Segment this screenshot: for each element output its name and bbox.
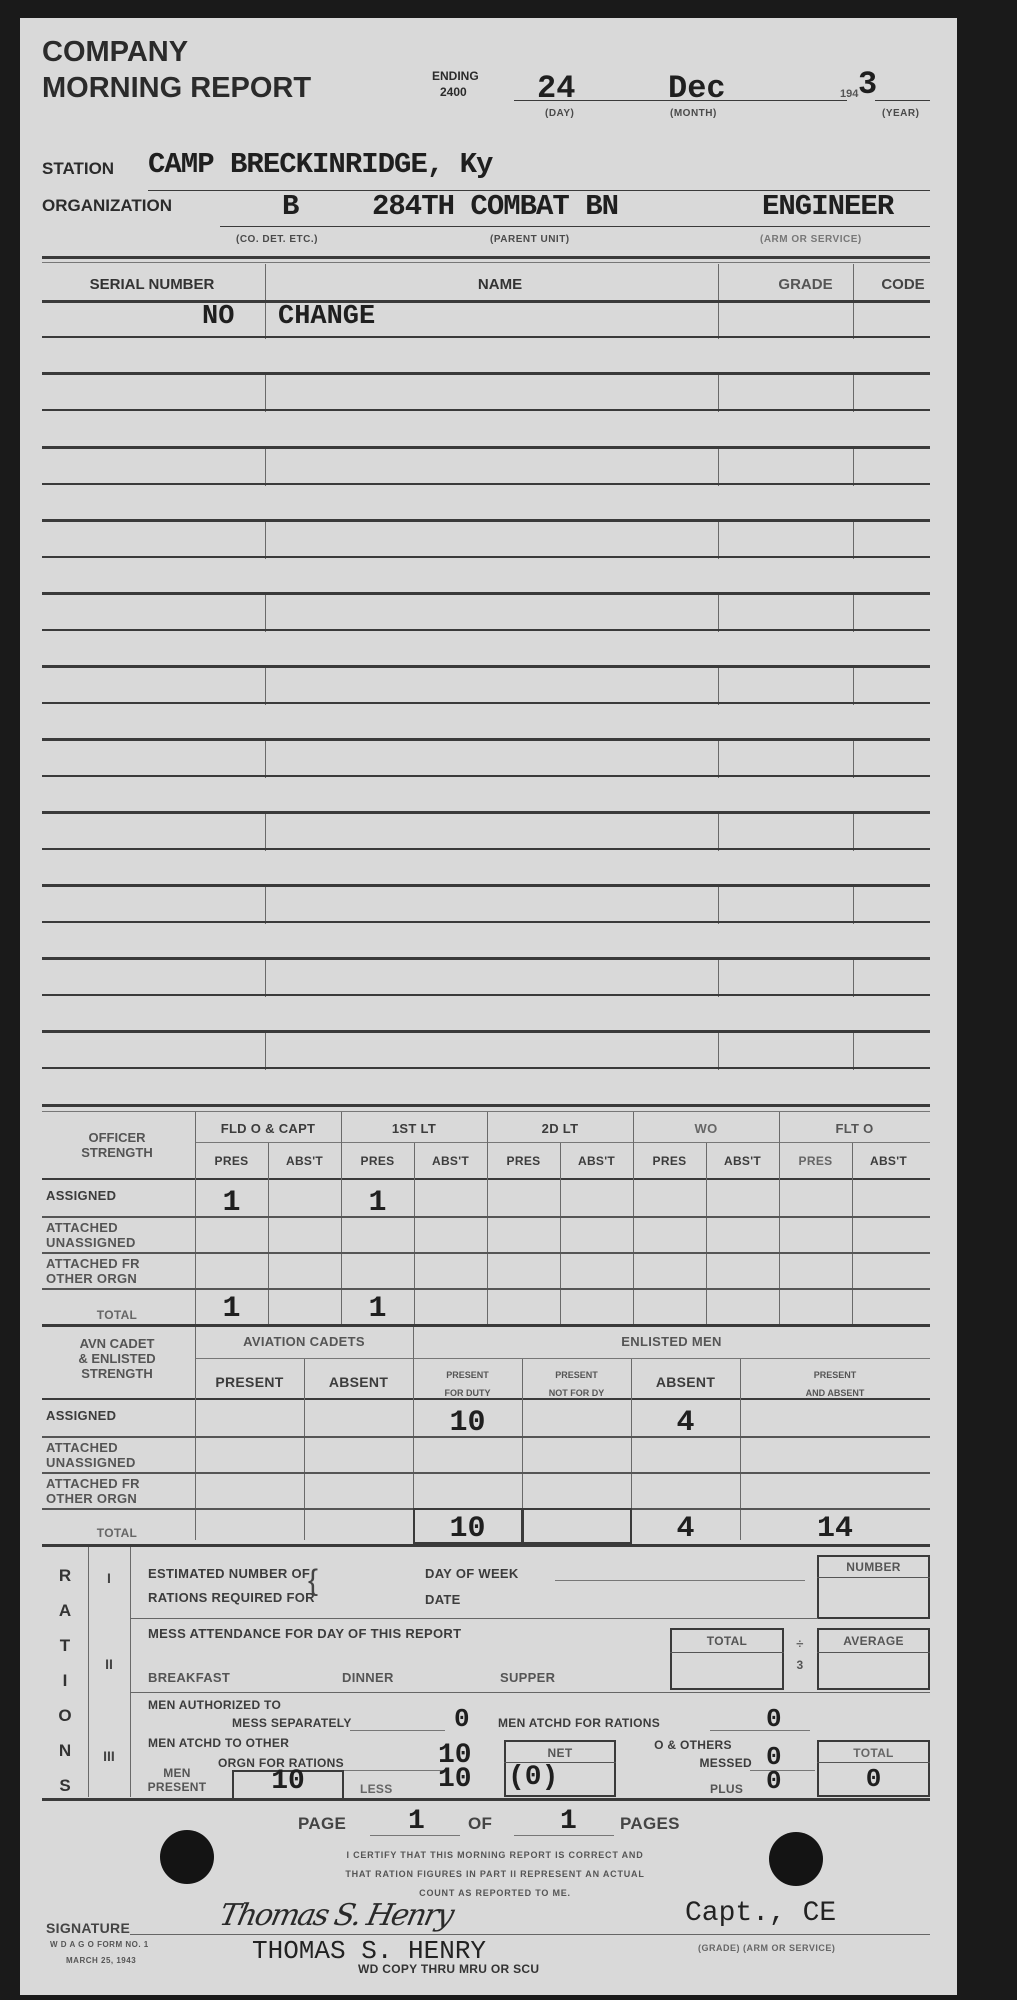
enlisted-row-attached-unassigned-label: ATTACHED UNASSIGNED [46, 1440, 136, 1470]
table-top-rule-thin [42, 262, 930, 263]
certify-line: THAT RATION FIGURES IN PART II REPRESENT… [260, 1865, 730, 1884]
organization-underline [220, 226, 930, 227]
row-rule [42, 848, 930, 850]
grade-and-service: Capt., CE [685, 1898, 836, 1929]
page-number: 1 [408, 1806, 425, 1837]
part-i-text1: ESTIMATED NUMBER OF [148, 1566, 310, 1581]
sub-abst: ABS'T [852, 1154, 925, 1174]
group-underline [195, 1142, 930, 1143]
officer-section-rule-thin [42, 1111, 930, 1112]
company-label: (CO. DET. ETC.) [236, 234, 318, 245]
net-value: (0) [508, 1762, 558, 1793]
brace-icon: { [308, 1558, 318, 1604]
enlisted-row-assigned-label: ASSIGNED [46, 1408, 116, 1423]
sub-abst: ABS'T [560, 1154, 633, 1174]
page-label: PAGE [298, 1814, 346, 1834]
form-date: MARCH 25, 1943 [66, 1956, 136, 1965]
officer-col-line [560, 1290, 561, 1326]
part-divider [130, 1692, 930, 1693]
signature-line [130, 1934, 930, 1935]
title-line: & ENLISTED [42, 1351, 192, 1366]
officer-col-line [341, 1290, 342, 1326]
col-present-and-absent: PRESENT AND ABSENT [740, 1366, 930, 1402]
officer-row-rule [42, 1216, 930, 1218]
row-rule [42, 702, 930, 704]
row-mask [260, 924, 860, 957]
label-line: OTHER ORGN [46, 1491, 140, 1506]
col-header-serial: SERIAL NUMBER [42, 276, 262, 293]
col-line: PRESENT [413, 1366, 522, 1384]
sub-pres: PRES [341, 1154, 414, 1174]
letter: O [42, 1698, 88, 1733]
row-rule [42, 1030, 930, 1033]
organization-parent-unit: 284TH COMBAT BN [372, 190, 618, 223]
label-line: ATTACHED [46, 1220, 136, 1235]
punch-hole-right [769, 1832, 823, 1886]
day-of-week-line [555, 1580, 805, 1581]
report-day: 24 [537, 70, 575, 107]
rations-total-label: TOTAL [817, 1746, 930, 1760]
grade-code-divider [853, 264, 854, 1094]
arm-service-label: (ARM OR SERVICE) [760, 234, 862, 245]
officer-col-line [633, 1112, 634, 1292]
name-entry: CHANGE [278, 302, 375, 332]
mess-sep-label1: MEN AUTHORIZED TO [148, 1698, 281, 1712]
mess-sep-value: 0 [454, 1704, 470, 1734]
officer-col-line [706, 1290, 707, 1326]
less-value: 10 [438, 1764, 472, 1795]
month-label: (MONTH) [670, 108, 717, 119]
row-rule [42, 957, 930, 960]
officer-row-rule [42, 1288, 930, 1290]
serial-name-divider [265, 264, 266, 1094]
supper-label: SUPPER [500, 1670, 555, 1685]
rations-total-box-rule [817, 1762, 930, 1763]
row-rule [42, 811, 930, 814]
officer-row-assigned-label: ASSIGNED [46, 1188, 116, 1203]
officer-col-line [633, 1290, 634, 1326]
col-cadet-absent: ABSENT [304, 1374, 413, 1390]
row-rule [42, 556, 930, 558]
enlisted-total-present-and-absent: 14 [740, 1512, 930, 1546]
plus-value: 0 [766, 1766, 782, 1796]
label-line: MEN [132, 1766, 222, 1780]
breakfast-label: BREAKFAST [148, 1670, 230, 1685]
row-rule [42, 884, 930, 887]
officer-col-line [414, 1290, 415, 1326]
row-rule [42, 300, 930, 303]
label-line: ATTACHED FR [46, 1476, 140, 1491]
label-line: UNASSIGNED [46, 1455, 136, 1470]
row-rule [42, 629, 930, 631]
officer-col-line [852, 1290, 853, 1326]
col-line: PRESENT [522, 1366, 631, 1384]
mess-sep-label2: MESS SEPARATELY [232, 1716, 352, 1730]
group-1st-lt: 1ST LT [341, 1121, 487, 1136]
year-underline [875, 100, 930, 101]
less-label: LESS [360, 1782, 393, 1796]
dinner-label: DINNER [342, 1670, 394, 1685]
title-line: AVN CADET [42, 1336, 192, 1351]
label-line: OTHER ORGN [46, 1271, 140, 1286]
row-rule [42, 592, 930, 595]
number-box-rule [817, 1577, 930, 1578]
group-wo: WO [633, 1121, 779, 1136]
row-rule [42, 446, 930, 449]
officer-col-line [779, 1112, 780, 1292]
enlisted-assigned-present-duty: 10 [413, 1406, 522, 1440]
enlisted-section-rule [42, 1324, 930, 1327]
col-absent: ABSENT [631, 1374, 740, 1390]
handwritten-signature: Thomas S. Henry [216, 1898, 455, 1933]
rations-total-value: 0 [817, 1764, 930, 1794]
of-label: OF [468, 1814, 492, 1834]
pages-label: PAGES [620, 1814, 680, 1834]
form-title-line1: COMPANY [42, 36, 188, 68]
mess-total-label: TOTAL [670, 1634, 784, 1648]
officer-row-attached-unassigned-label: ATTACHED UNASSIGNED [46, 1220, 136, 1250]
rations-bottom-rule [42, 1798, 930, 1801]
mess-attendance-title: MESS ATTENDANCE FOR DAY OF THIS REPORT [148, 1626, 461, 1641]
enlisted-row-total-label: TOTAL [42, 1526, 192, 1540]
officer-col-line [779, 1290, 780, 1326]
officer-subheaders: PRES ABS'T PRES ABS'T PRES ABS'T PRES AB… [195, 1154, 930, 1174]
organization-label: ORGANIZATION [42, 196, 172, 216]
row-rule [42, 665, 930, 668]
report-month: Dec [668, 70, 726, 107]
sub-abst: ABS'T [706, 1154, 779, 1174]
part-iii-numeral: III [88, 1748, 130, 1764]
ending-time: 2400 [440, 86, 467, 99]
row-rule [42, 519, 930, 522]
atchd-rations-line [710, 1730, 810, 1731]
row-mask [260, 851, 860, 884]
letter: A [42, 1593, 88, 1628]
row-rule [42, 336, 930, 338]
report-year: 3 [858, 66, 877, 103]
officer-header-rule [42, 1178, 930, 1180]
men-present-label: MEN PRESENT [132, 1766, 222, 1794]
atchd-rations-label: MEN ATCHD FOR RATIONS [498, 1716, 660, 1730]
row-mask [260, 632, 860, 665]
organization-arm-service: ENGINEER [762, 190, 893, 223]
officer-section-rule [42, 1104, 930, 1107]
label-line: MESSED [628, 1754, 758, 1772]
day-label: (DAY) [545, 108, 574, 119]
rations-numeral-divider [130, 1547, 131, 1797]
enlisted-header-rule [42, 1398, 930, 1400]
officer-total-1stlt-pres: 1 [341, 1292, 414, 1326]
date-label: DATE [425, 1592, 461, 1607]
atchd-other-label1: MEN ATCHD TO OTHER [148, 1736, 289, 1750]
page-total: 1 [560, 1806, 577, 1837]
form-number: W D A G O FORM NO. 1 [50, 1940, 149, 1949]
enlisted-row-rule [42, 1472, 930, 1474]
officer-row-total-label: TOTAL [42, 1308, 192, 1322]
row-rule [42, 372, 930, 375]
enlisted-row-rule [42, 1436, 930, 1438]
group-flt-o: FLT O [779, 1121, 930, 1136]
officer-strength-title-l2: STRENGTH [42, 1145, 192, 1160]
signature-label: SIGNATURE [46, 1920, 130, 1936]
letter: R [42, 1558, 88, 1593]
enlisted-row-attached-fr-label: ATTACHED FR OTHER ORGN [46, 1476, 140, 1506]
row-mask [260, 778, 860, 811]
label-line: O & OTHERS [628, 1736, 758, 1754]
net-label: NET [504, 1746, 616, 1760]
atchd-other-line [340, 1770, 445, 1771]
col-present-for-duty: PRESENT FOR DUTY [413, 1366, 522, 1402]
others-messed-line [750, 1770, 815, 1771]
part-divider [130, 1618, 818, 1619]
sub-pres: PRES [487, 1154, 560, 1174]
row-mask [260, 1070, 860, 1100]
certification-text: I CERTIFY THAT THIS MORNING REPORT IS CO… [260, 1846, 730, 1903]
divisor: 3 [786, 1658, 814, 1672]
enlisted-col-line [304, 1359, 305, 1540]
officer-row-attached-fr-label: ATTACHED FR OTHER ORGN [46, 1256, 140, 1286]
row-rule [42, 409, 930, 411]
enlisted-total-absent: 4 [631, 1512, 740, 1546]
officer-row-rule [42, 1252, 930, 1254]
enlisted-total-present-duty: 10 [413, 1512, 522, 1546]
punch-hole-left [160, 1830, 214, 1884]
col-cadet-present: PRESENT [195, 1374, 304, 1390]
label-line: UNASSIGNED [46, 1235, 136, 1250]
officer-strength-title-l1: OFFICER [42, 1130, 192, 1145]
group-underline [195, 1358, 930, 1359]
group-fld-o-capt: FLD O & CAPT [195, 1121, 341, 1136]
group-aviation-cadets: AVIATION CADETS [195, 1334, 413, 1349]
officer-assigned-1stlt-pres: 1 [341, 1186, 414, 1220]
row-mask [260, 997, 860, 1030]
mess-average-box-rule [817, 1652, 930, 1653]
sub-pres: PRES [779, 1154, 852, 1174]
row-rule [42, 921, 930, 923]
group-2d-lt: 2D LT [487, 1121, 633, 1136]
officer-total-fld-pres: 1 [195, 1292, 268, 1326]
atchd-rations-value: 0 [766, 1704, 782, 1734]
morning-report-form: COMPANY MORNING REPORT ENDING 2400 24 De… [20, 18, 957, 1995]
year-label: (YEAR) [882, 108, 919, 119]
row-rule [42, 1067, 930, 1069]
officer-assigned-fld-pres: 1 [195, 1186, 268, 1220]
row-rule [42, 775, 930, 777]
grade-service-label: (GRADE) (ARM OR SERVICE) [698, 1943, 835, 1953]
table-top-rule [42, 256, 930, 259]
number-label: NUMBER [817, 1560, 930, 1574]
label-line: ATTACHED FR [46, 1256, 140, 1271]
others-messed-label: O & OTHERS MESSED [628, 1736, 758, 1772]
sub-abst: ABS'T [414, 1154, 487, 1174]
part-ii-numeral: II [88, 1656, 130, 1672]
name-grade-divider [718, 264, 719, 1094]
certify-line: I CERTIFY THAT THIS MORNING REPORT IS CO… [260, 1846, 730, 1865]
title-line: STRENGTH [42, 1366, 192, 1381]
sub-abst: ABS'T [268, 1154, 341, 1174]
row-rule [42, 738, 930, 741]
row-mask [260, 339, 860, 372]
ending-label: ENDING [432, 70, 479, 83]
mess-sep-line [350, 1730, 445, 1731]
letter: I [42, 1663, 88, 1698]
parent-unit-label: (PARENT UNIT) [490, 234, 570, 245]
year-prefix: 194 [840, 88, 858, 100]
officer-strength-title: OFFICER STRENGTH [42, 1130, 192, 1160]
group-enlisted-men: ENLISTED MEN [413, 1334, 930, 1349]
row-mask [260, 412, 860, 446]
col-header-code: CODE [873, 276, 933, 293]
col-present-not-for-duty: PRESENT NOT FOR DY [522, 1366, 631, 1402]
officer-col-line [487, 1290, 488, 1326]
rations-section-rule [42, 1544, 930, 1547]
part-i-numeral: I [88, 1570, 130, 1586]
sub-pres: PRES [633, 1154, 706, 1174]
plus-label: PLUS [710, 1782, 743, 1796]
mess-total-box-rule [670, 1652, 784, 1653]
officer-col-line [268, 1290, 269, 1326]
label-line: ATTACHED [46, 1440, 136, 1455]
col-header-name: NAME [265, 276, 735, 293]
divide-icon: ÷ [786, 1636, 814, 1651]
col-line: PRESENT [740, 1366, 930, 1384]
rations-side-label: R A T I O N S [42, 1558, 88, 1803]
organization-company: B [282, 190, 299, 223]
row-mask [260, 705, 860, 738]
row-rule [42, 994, 930, 996]
mess-average-label: AVERAGE [817, 1634, 930, 1648]
officer-col-line [487, 1112, 488, 1292]
day-of-week-label: DAY OF WEEK [425, 1566, 519, 1581]
station-value: CAMP BRECKINRIDGE, Ky [148, 148, 492, 181]
label-line: PRESENT [132, 1780, 222, 1794]
total-present-not-duty-box [522, 1508, 632, 1544]
row-mask [260, 486, 860, 519]
officer-col-line [195, 1290, 196, 1326]
copy-note: WD COPY THRU MRU OR SCU [358, 1962, 539, 1976]
station-label: STATION [42, 159, 114, 179]
part-i-text2: RATIONS REQUIRED FOR [148, 1590, 315, 1605]
row-mask [260, 559, 860, 592]
row-rule [42, 483, 930, 485]
letter: N [42, 1733, 88, 1768]
enlisted-assigned-absent: 4 [631, 1406, 740, 1440]
form-title-line2: MORNING REPORT [42, 72, 311, 104]
letter: T [42, 1628, 88, 1663]
sub-pres: PRES [195, 1154, 268, 1174]
enlisted-strength-title: AVN CADET & ENLISTED STRENGTH [42, 1336, 192, 1381]
serial-number-entry: NO [202, 302, 234, 332]
men-present-value: 10 [232, 1766, 344, 1797]
